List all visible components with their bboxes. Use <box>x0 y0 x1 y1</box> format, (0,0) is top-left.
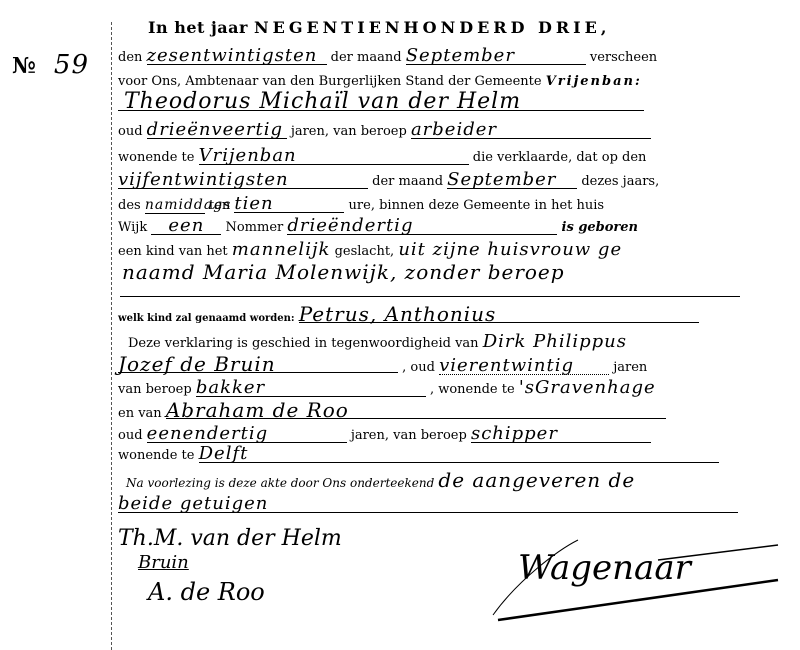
field-declarant-name: Theodorus Michaïl van der Helm <box>118 94 644 111</box>
municipality: Vrijenban: <box>546 74 642 89</box>
field-residence: Vrijenban <box>199 148 469 165</box>
label: verscheen <box>590 50 657 65</box>
line-witness2-age: oud eenendertig jaren, van beroep schipp… <box>118 426 651 444</box>
deed-number: №59 <box>12 50 89 80</box>
field-witness1-residence: 'sGravenhage <box>519 377 656 398</box>
field-birth-day: vijfentwintigsten <box>118 172 368 189</box>
deed-title: In het jaar NEGENTIENHONDERD DRIE, <box>148 20 610 36</box>
line-birth-date: vijfentwintigsten der maand September de… <box>118 172 659 190</box>
line-witness2: en van Abraham de Roo <box>118 402 666 422</box>
line-address: Wijk een Nommer drieëndertig is geboren <box>118 218 638 236</box>
label: welk kind zal genaamd worden: <box>118 313 295 324</box>
label: Wijk <box>118 220 147 235</box>
label: jaren, van beroep <box>351 428 467 443</box>
field-birth-month: September <box>447 172 577 189</box>
field-age: drieënveertig <box>147 122 287 139</box>
field-witness1-last: Jozef de Bruin <box>118 356 398 373</box>
signature-witness1: Bruin <box>138 552 189 573</box>
label: van beroep <box>118 382 192 397</box>
line-birth-time: des namiddags ten tien ure, binnen deze … <box>118 196 604 214</box>
label: voor Ons, Ambtenaar van den Burgerlijken… <box>118 74 542 89</box>
label: ten <box>209 198 230 213</box>
field-witness2-name: Abraham de Roo <box>166 402 666 419</box>
field-nommer: drieëndertig <box>287 218 557 235</box>
label: dezes jaars, <box>581 174 659 189</box>
field-closing-2: beide getuigen <box>118 496 738 513</box>
registrar-flourish-icon <box>478 520 798 630</box>
label: wonende te <box>118 448 194 463</box>
label: en van <box>118 406 162 421</box>
margin-divider <box>111 22 112 650</box>
signature-witness2: A. de Roo <box>148 578 265 606</box>
line-date: den zesentwintigsten der maand September… <box>118 48 657 66</box>
label: geslacht, <box>335 244 395 259</box>
line-closing-2: beide getuigen <box>118 496 738 514</box>
label: wonende te <box>118 150 194 165</box>
label: der maand <box>331 50 402 65</box>
field-child-name: Petrus, Anthonius <box>299 306 699 323</box>
label: jaren, van beroep <box>291 124 407 139</box>
field-witness1-age: vierentwintig <box>439 358 609 375</box>
label: der maand <box>372 174 443 189</box>
label: Na voorlezing is deze akte door Ons onde… <box>126 476 434 490</box>
field-witness1-first: Dirk Philippus <box>483 331 627 352</box>
line-age-occupation: oud drieënveertig jaren, van beroep arbe… <box>118 122 651 140</box>
line-closing: Na voorlezing is deze akte door Ons onde… <box>126 472 635 492</box>
field-witness2-age: eenendertig <box>147 426 347 443</box>
field-mother-intro: uit zijne huisvrouw ge <box>398 239 622 260</box>
field-sex: mannelijk <box>232 239 331 260</box>
label: , wonende te <box>430 382 515 397</box>
line-child-name: welk kind zal genaamd worden: Petrus, An… <box>118 306 699 327</box>
title-prefix: In het jaar <box>148 18 248 37</box>
label: Deze verklaring is geschied in tegenwoor… <box>128 336 479 351</box>
field-witness2-occupation: schipper <box>471 426 651 443</box>
number-value: 59 <box>54 50 89 80</box>
field-closing: de aangeveren de <box>438 468 635 492</box>
field-hour: tien <box>234 196 344 213</box>
signature-declarant: Th.M. van der Helm <box>118 526 342 551</box>
field-witness2-residence: Delft <box>199 446 719 463</box>
label: , oud <box>402 360 435 375</box>
rule <box>120 296 740 297</box>
field-daypart: namiddags <box>145 197 205 214</box>
field-witness1-occupation: bakker <box>196 380 426 397</box>
label: den <box>118 50 142 65</box>
line-sex: een kind van het mannelijk geslacht, uit… <box>118 242 622 260</box>
label: oud <box>118 124 143 139</box>
line-witness2-residence: wonende te Delft <box>118 446 719 464</box>
field-day: zesentwintigsten <box>147 48 327 65</box>
line-declarant: Theodorus Michaïl van der Helm <box>118 94 644 113</box>
field-month: September <box>406 48 586 65</box>
line-witness1: Jozef de Bruin , oud vierentwintig jaren <box>118 356 647 376</box>
line-residence: wonende te Vrijenban die verklaarde, dat… <box>118 148 646 166</box>
field-mother: naamd Maria Molenwijk, zonder beroep <box>118 260 565 284</box>
number-symbol: № <box>12 53 36 79</box>
line-mother: naamd Maria Molenwijk, zonder beroep <box>118 264 565 284</box>
field-wijk: een <box>151 218 221 235</box>
label: jaren <box>613 360 647 375</box>
line-registrar: voor Ons, Ambtenaar van den Burgerlijken… <box>118 74 642 90</box>
line-witness-intro: Deze verklaring is geschied in tegenwoor… <box>128 334 627 352</box>
label: is geboren <box>562 220 638 235</box>
label: oud <box>118 428 143 443</box>
field-occupation: arbeider <box>411 122 651 139</box>
label: een kind van het <box>118 244 228 259</box>
label: des <box>118 198 141 213</box>
label: Nommer <box>225 220 283 235</box>
line-witness1-occupation: van beroep bakker , wonende te 'sGravenh… <box>118 380 656 398</box>
title-year: NEGENTIENHONDERD DRIE, <box>254 18 610 37</box>
label: ure, binnen deze Gemeente in het huis <box>349 198 605 213</box>
label: die verklaarde, dat op den <box>473 150 647 165</box>
